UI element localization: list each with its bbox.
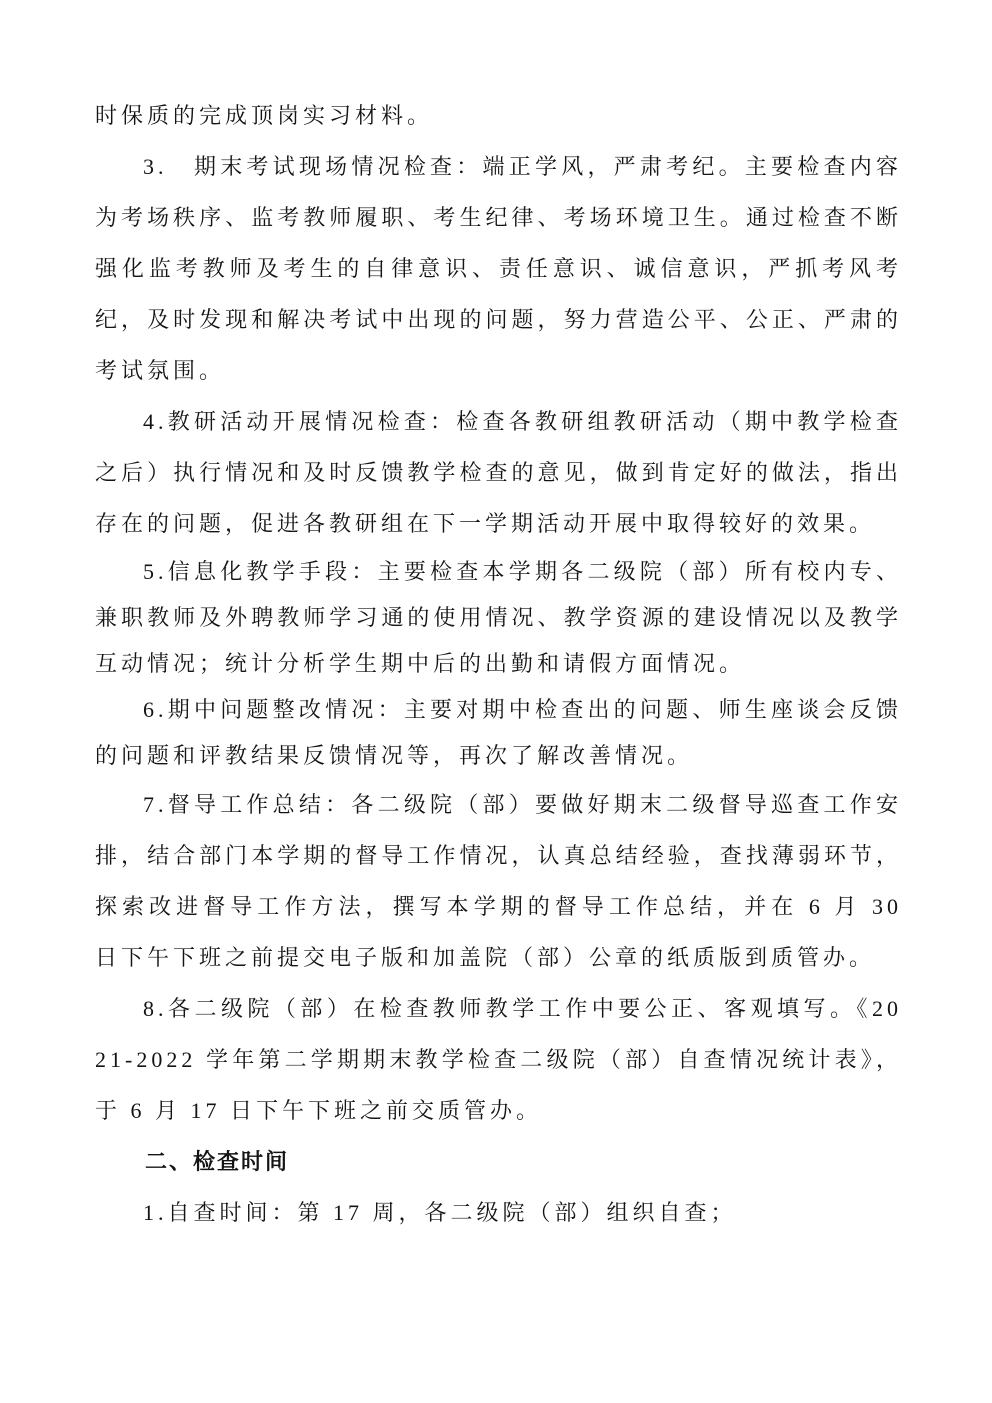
paragraph: 4.教研活动开展情况检查：检查各教研组教研活动（期中教学检查之后）执行情况和及时… bbox=[95, 396, 902, 549]
section-heading: 二、检查时间 bbox=[95, 1136, 902, 1187]
paragraph: 3. 期末考试现场情况检查：端正学风，严肃考纪。主要检查内容为考场秩序、监考教师… bbox=[95, 141, 902, 396]
paragraph: 1.自查时间：第 17 周，各二级院（部）组织自查； bbox=[95, 1187, 902, 1238]
document-page: 时保质的完成顶岗实习材料。3. 期末考试现场情况检查：端正学风，严肃考纪。主要检… bbox=[0, 0, 992, 1403]
paragraph: 5.信息化教学手段：主要检查本学期各二级院（部）所有校内专、兼职教师及外聘教师学… bbox=[95, 549, 902, 687]
document-body: 时保质的完成顶岗实习材料。3. 期末考试现场情况检查：端正学风，严肃考纪。主要检… bbox=[95, 90, 902, 1238]
paragraph: 时保质的完成顶岗实习材料。 bbox=[95, 90, 902, 141]
paragraph: 6.期中问题整改情况：主要对期中检查出的问题、师生座谈会反馈的问题和评教结果反馈… bbox=[95, 687, 902, 779]
paragraph: 8.各二级院（部）在检查教师教学工作中要公正、客观填写。《2021-2022 学… bbox=[95, 983, 902, 1136]
paragraph: 7.督导工作总结：各二级院（部）要做好期末二级督导巡查工作安排，结合部门本学期的… bbox=[95, 779, 902, 983]
